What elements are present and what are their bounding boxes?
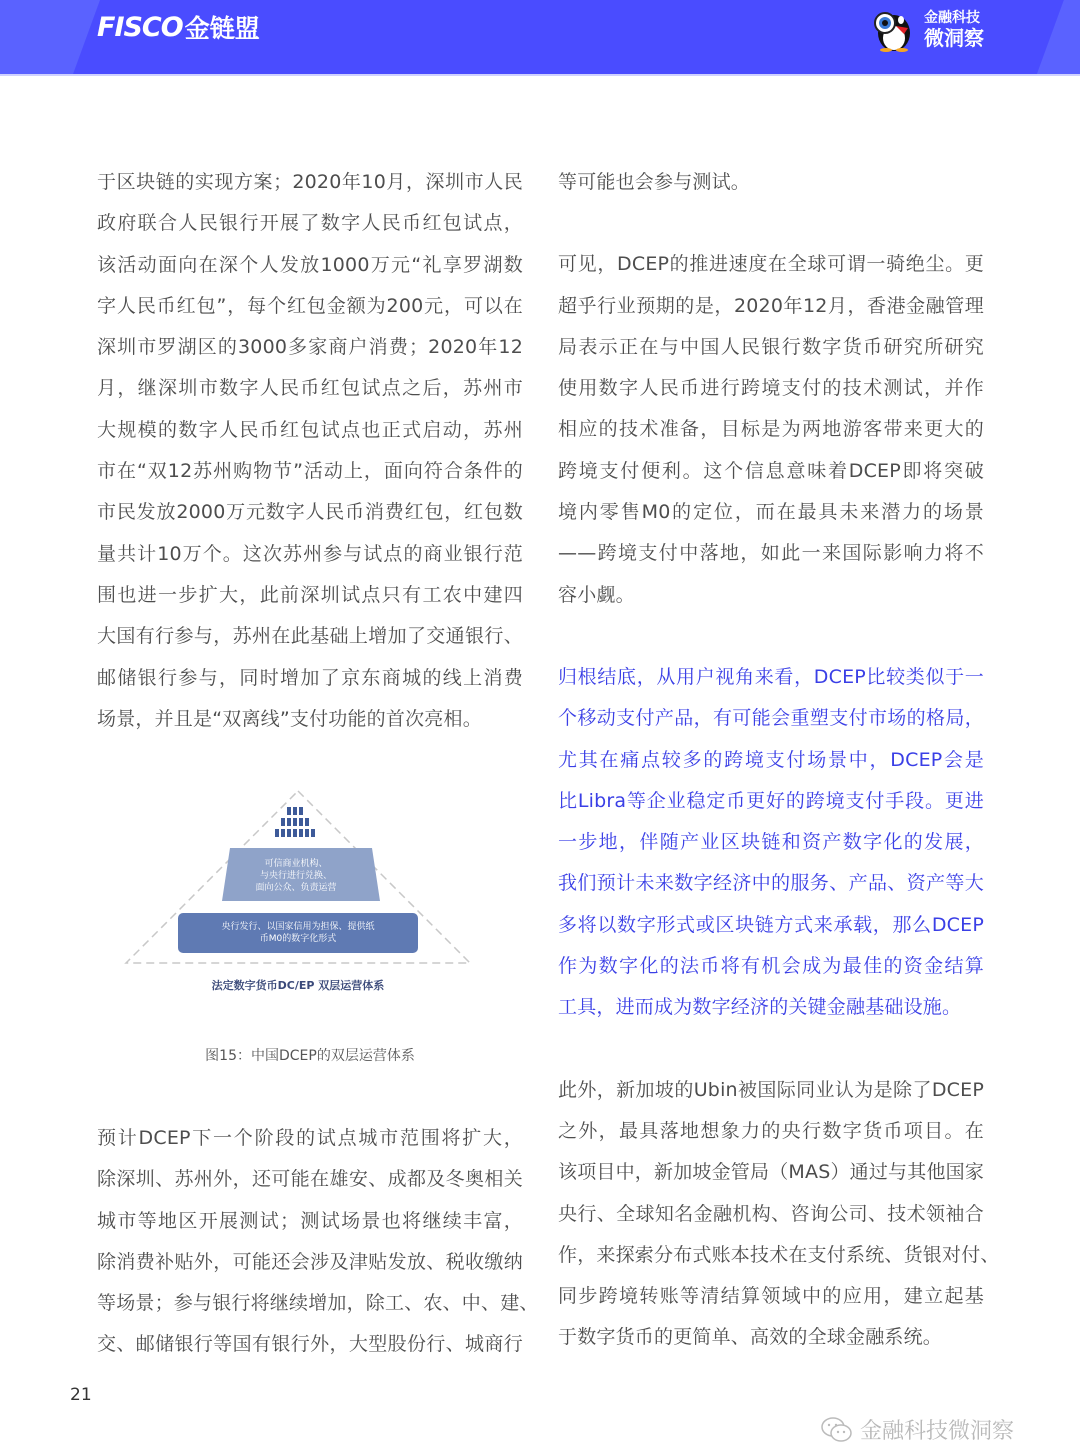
text-line: 个移动支付产品，有可能会重塑支付市场的格局， bbox=[558, 698, 984, 739]
text-line: 超乎行业预期的是，2020年12月，香港金融管理 bbox=[558, 286, 984, 327]
text-line: 市民发放2000万元数字人民币消费红包，红包数 bbox=[97, 492, 523, 533]
text-line: 央行、全球知名金融机构、咨询公司、技术领袖合 bbox=[558, 1194, 984, 1235]
tier-commercial-institutions: 可信商业机构、 与央行进行兑换、 面向公众、负责运营 bbox=[220, 848, 372, 900]
text-line: 除消费补贴外，可能还会涉及津贴发放、税收缴纳 bbox=[97, 1242, 523, 1283]
text-line: 邮储银行参与，同时增加了京东商城的线上消费 bbox=[97, 658, 523, 699]
header-divider bbox=[0, 74, 1080, 76]
tier-text: 币M0的数字化形式 bbox=[178, 933, 418, 945]
fisco-logo-latin: FISCO bbox=[97, 12, 183, 43]
text-line: 于数字货币的更简单、高效的全球金融系统。 bbox=[558, 1317, 984, 1358]
watermark-text: 金融科技微洞察 bbox=[860, 1414, 1014, 1445]
text-line: 工具，进而成为数字经济的关键金融基础设施。 bbox=[558, 987, 984, 1028]
text-line: 归根结底，从用户视角来看，DCEP比较类似于一 bbox=[558, 657, 984, 698]
left-column-lower: 预计DCEP下一个阶段的试点城市范围将扩大， 除深圳、苏州外，还可能在雄安、成都… bbox=[97, 1118, 523, 1366]
text-line: 交、邮储银行等国有银行外，大型股份行、城商行 bbox=[97, 1324, 523, 1365]
text-line: 相应的技术准备，目标是为两地游客带来更大的 bbox=[558, 409, 984, 450]
text-line: 局表示正在与中国人民银行数字货币研究所研究 bbox=[558, 327, 984, 368]
right-column: 等可能也会参与测试。 可见，DCEP的推进速度在全球可谓一骑绝尘。更 超乎行业预… bbox=[558, 162, 984, 1359]
text-line: 字人民币红包”，每个红包金额为200元，可以在 bbox=[97, 286, 523, 327]
paragraph-continuation: 等可能也会参与测试。 bbox=[558, 162, 984, 203]
text-line: 于区块链的实现方案；2020年10月，深圳市人民 bbox=[97, 162, 523, 203]
text-line: 深圳市罗湖区的3000多家商户消费；2020年12 bbox=[97, 327, 523, 368]
text-line: 城市等地区开展测试；测试场景也将继续丰富， bbox=[97, 1201, 523, 1242]
text-line: ——跨境支付中落地，如此一来国际影响力将不 bbox=[558, 533, 984, 574]
penguin-mascot-icon bbox=[870, 6, 916, 52]
text-line: 大国有行参与，苏州在此基础上增加了交通银行、 bbox=[97, 616, 523, 657]
page-header: FISCO 金链盟 金融科技 微洞察 bbox=[0, 0, 1080, 76]
text-line: 一步地，伴随产业区块链和资产数字化的发展， bbox=[558, 822, 984, 863]
text-line: 多将以数字形式或区块链方式来承载，那么DCEP bbox=[558, 905, 984, 946]
text-line: 该项目中，新加坡金管局（MAS）通过与其他国家 bbox=[558, 1152, 984, 1193]
figure-caption: 图15：中国DCEP的双层运营体系 bbox=[97, 1045, 523, 1065]
text-line: 我们预计未来数字经济中的服务、产品、资产等大 bbox=[558, 863, 984, 904]
text-line: 容小觑。 bbox=[558, 575, 984, 616]
tier-text: 央行发行、以国家信用为担保、提供纸 bbox=[178, 921, 418, 933]
text-line: 比Libra等企业稳定币更好的跨境支付手段。更进 bbox=[558, 781, 984, 822]
text-line: 大规模的数字人民币红包试点也正式启动，苏州 bbox=[97, 410, 523, 451]
text-line: 境内零售M0的定位，而在最具未来潜力的场景 bbox=[558, 492, 984, 533]
text-line: 等场景；参与银行将继续增加，除工、农、中、建、 bbox=[97, 1283, 523, 1324]
text-line: 使用数字人民币进行跨境支付的技术测试，并作 bbox=[558, 368, 984, 409]
paragraph-shenzhen-suzhou-pilots: 于区块链的实现方案；2020年10月，深圳市人民 政府联合人民银行开展了数字人民… bbox=[97, 162, 523, 740]
watermark: 金融科技微洞察 bbox=[820, 1414, 1014, 1445]
text-line: 同步跨境转账等清结算领域中的应用，建立起基 bbox=[558, 1276, 984, 1317]
paragraph-hong-kong-cross-border: 可见，DCEP的推进速度在全球可谓一骑绝尘。更 超乎行业预期的是，2020年12… bbox=[558, 244, 984, 616]
logo-text-line2: 微洞察 bbox=[924, 28, 984, 48]
text-line: 场景，并且是“双离线”支付功能的首次亮相。 bbox=[97, 699, 523, 740]
text-line: 作，来探索分布式账本技术在支付系统、货银对付、 bbox=[558, 1235, 984, 1276]
wechat-icon bbox=[820, 1416, 854, 1444]
dcep-two-tier-diagram: 可信商业机构、 与央行进行兑换、 面向公众、负责运营 央行发行、以国家信用为担保… bbox=[118, 785, 478, 1000]
text-line: 等可能也会参与测试。 bbox=[558, 162, 984, 203]
text-line: 尤其在痛点较多的跨境支付场景中，DCEP会是 bbox=[558, 740, 984, 781]
text-line: 此外，新加坡的Ubin被国际同业认为是除了DCEP bbox=[558, 1070, 984, 1111]
text-line: 跨境支付便利。这个信息意味着DCEP即将突破 bbox=[558, 451, 984, 492]
paragraph-next-pilot-phase: 预计DCEP下一个阶段的试点城市范围将扩大， 除深圳、苏州外，还可能在雄安、成都… bbox=[97, 1118, 523, 1366]
text-line: 之外，最具落地想象力的央行数字货币项目。在 bbox=[558, 1111, 984, 1152]
text-line: 市在“双12苏州购物节”活动上，面向符合条件的 bbox=[97, 451, 523, 492]
tier-central-bank: 央行发行、以国家信用为担保、提供纸 币M0的数字化形式 bbox=[178, 914, 418, 952]
paragraph-highlight-conclusion: 归根结底，从用户视角来看，DCEP比较类似于一 个移动支付产品，有可能会重塑支付… bbox=[558, 657, 984, 1029]
page-number: 21 bbox=[70, 1385, 92, 1405]
tier-text: 可信商业机构、 bbox=[220, 858, 372, 870]
header-decoration-left bbox=[0, 0, 100, 76]
header-decoration-right bbox=[1036, 0, 1080, 76]
text-line: 除深圳、苏州外，还可能在雄安、成都及冬奥相关 bbox=[97, 1159, 523, 1200]
text-line: 量共计10万个。这次苏州参与试点的商业银行范 bbox=[97, 534, 523, 575]
people-icon bbox=[275, 807, 315, 837]
text-line: 作为数字化的法币将有机会成为最佳的资金结算 bbox=[558, 946, 984, 987]
tier-text: 与央行进行兑换、 bbox=[220, 870, 372, 882]
left-column: 于区块链的实现方案；2020年10月，深圳市人民 政府联合人民银行开展了数字人民… bbox=[97, 162, 523, 740]
text-line: 预计DCEP下一个阶段的试点城市范围将扩大， bbox=[97, 1118, 523, 1159]
text-line: 围也进一步扩大，此前深圳试点只有工农中建四 bbox=[97, 575, 523, 616]
text-line: 政府联合人民银行开展了数字人民币红包试点， bbox=[97, 203, 523, 244]
logo-text-line1: 金融科技 bbox=[924, 11, 984, 25]
text-line: 可见，DCEP的推进速度在全球可谓一骑绝尘。更 bbox=[558, 244, 984, 285]
tier-text: 面向公众、负责运营 bbox=[220, 882, 372, 894]
fintech-insight-logo: 金融科技 微洞察 bbox=[870, 4, 984, 54]
diagram-title: 法定数字货币DC/EP 双层运营体系 bbox=[118, 977, 478, 993]
text-line: 月，继深圳市数字人民币红包试点之后，苏州市 bbox=[97, 368, 523, 409]
fisco-logo-cn: 金链盟 bbox=[185, 9, 260, 45]
fisco-logo: FISCO 金链盟 bbox=[97, 12, 260, 42]
text-line: 该活动面向在深个人发放1000万元“礼享罗湖数 bbox=[97, 245, 523, 286]
paragraph-singapore-ubin: 此外，新加坡的Ubin被国际同业认为是除了DCEP 之外，最具落地想象力的央行数… bbox=[558, 1070, 984, 1359]
